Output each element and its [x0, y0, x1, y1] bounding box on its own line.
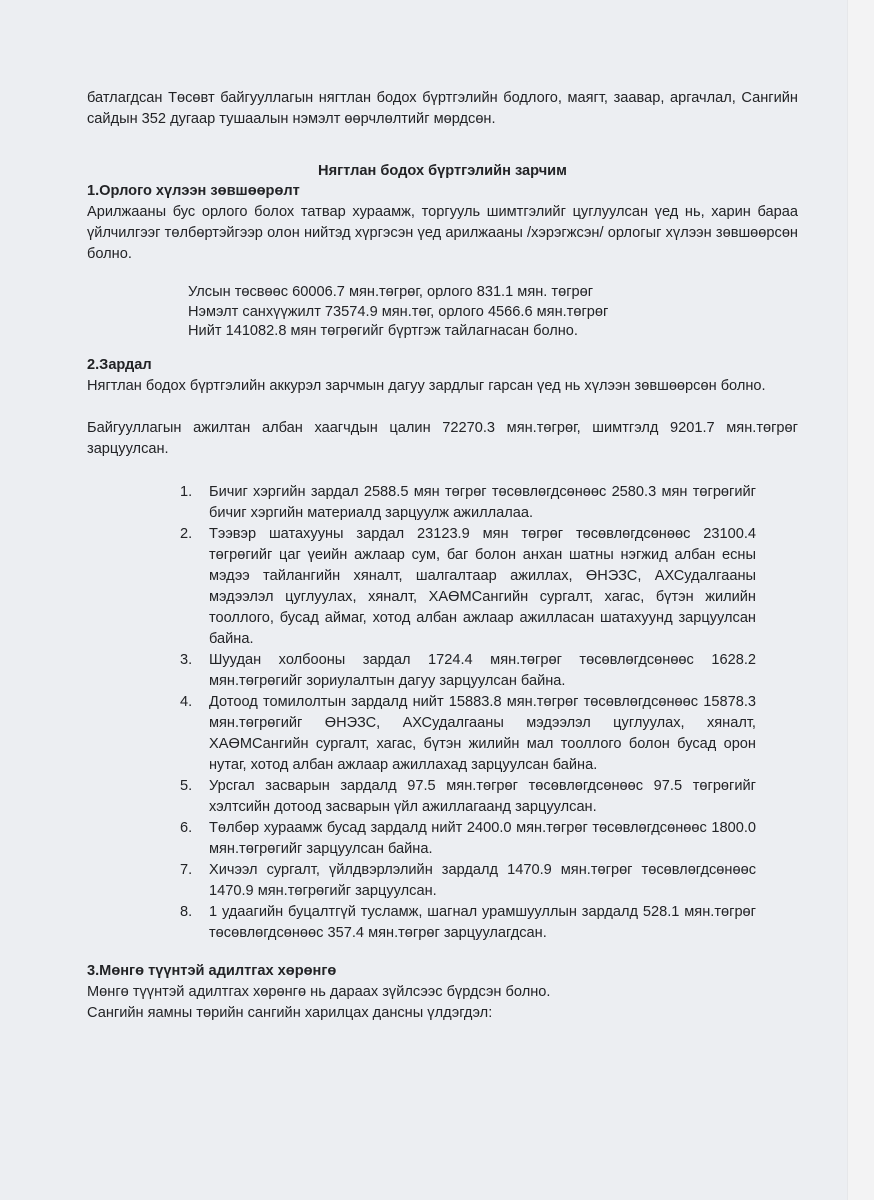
section3-line1: Мөнгө түүнтэй адилтгах хөрөнгө нь дараах… [87, 982, 798, 1003]
figure-line-additional-funding: Нэмэлт санхүүжилт 73574.9 мян.төг, орлог… [188, 303, 608, 323]
list-item: 8.1 удаагийн буцалтгүй тусламж, шагнал у… [180, 902, 756, 944]
intro-paragraph: батлагдсан Төсөвт байгууллагын нягтлан б… [87, 88, 798, 130]
figure-line-total: Нийт 141082.8 мян төгрөгийг бүртгэж тайл… [188, 322, 608, 342]
section2-title: 2.Зардал [87, 355, 798, 376]
list-item: 5.Урсгал засварын зардалд 97.5 мян.төгрө… [180, 776, 756, 818]
list-item: 1.Бичиг хэргийн зардал 2588.5 мян төгрөг… [180, 482, 756, 524]
section1-paragraph: Арилжааны бус орлого болох татвар хураам… [87, 202, 798, 265]
section1-title: 1.Орлого хүлээн зөвшөөрөлт [87, 181, 798, 202]
list-item: 2.Тээвэр шатахууны зардал 23123.9 мян тө… [180, 524, 756, 650]
scan-page-edge [847, 0, 874, 1200]
list-item: 3.Шуудан холбооны зардал 1724.4 мян.төгр… [180, 650, 756, 692]
expense-list: 1.Бичиг хэргийн зардал 2588.5 мян төгрөг… [180, 482, 756, 944]
section3-title: 3.Мөнгө түүнтэй адилтгах хөрөнгө [87, 961, 798, 982]
list-item: 6.Төлбөр хураамж бусад зардалд нийт 2400… [180, 818, 756, 860]
section2-paragraph1: Нягтлан бодох бүртгэлийн аккурэл зарчмын… [87, 376, 798, 397]
main-heading: Нягтлан бодох бүртгэлийн зарчим [87, 161, 798, 182]
figure-line-state-budget: Улсын төсвөөс 60006.7 мян.төгрөг, орлого… [188, 283, 608, 303]
section3-line2: Сангийн яамны төрийн сангийн харилцах да… [87, 1003, 798, 1024]
section2-paragraph2: Байгууллагын ажилтан албан хаагчдын цали… [87, 418, 798, 460]
section1-figures: Улсын төсвөөс 60006.7 мян.төгрөг, орлого… [188, 283, 608, 342]
list-item: 7.Хичээл сургалт, үйлдвэрлэлийн зардалд … [180, 860, 756, 902]
list-item: 4.Дотоод томилолтын зардалд нийт 15883.8… [180, 692, 756, 776]
